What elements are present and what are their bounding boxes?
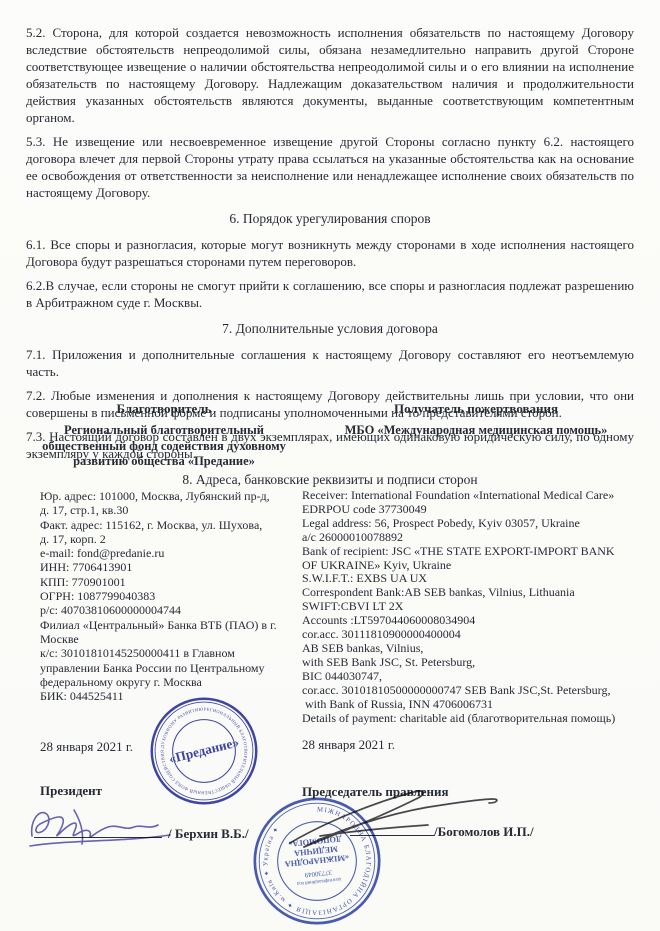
detail-line: ОГРН: 1087799040383 — [40, 589, 302, 603]
recipient-requisites: Receiver: International Foundation «Inte… — [302, 489, 650, 725]
detail-line: Москве — [40, 632, 302, 646]
benefactor-org-name: Региональный благотворительный обществен… — [26, 423, 302, 485]
detail-line: Bank of recipient: JSC «THE STATE EXPORT… — [302, 545, 650, 559]
detail-line: cor.acc. 30101810500000000747 SEB Bank J… — [302, 684, 650, 698]
recipient-signer-title: Председатель правления — [302, 784, 650, 800]
paragraph-7-1: 7.1. Приложения и дополнительные соглаше… — [26, 346, 634, 380]
detail-line: e-mail: fond@predanie.ru — [40, 546, 302, 560]
svg-text:«МІЖНАРОДНА: «МІЖНАРОДНА — [284, 853, 349, 869]
detail-line: Филиал «Центральный» Банка ВТБ (ПАО) в г… — [40, 618, 302, 632]
detail-line: Correspondent Bank:AB SEB bankas, Vilniu… — [302, 586, 650, 600]
detail-line: Факт. адрес: 115162, г. Москва, ул. Шухо… — [40, 518, 302, 532]
detail-line: EDRPOU code 37730049 — [302, 503, 650, 517]
detail-line: AB SEB bankas, Vilnius, — [302, 642, 650, 656]
detail-line: with SEB Bank JSC, St. Petersburg, — [302, 656, 650, 670]
detail-line: SWIFT:CBVI LT 2X — [302, 600, 650, 614]
detail-line: д. 17, корп. 2 — [40, 532, 302, 546]
benefactor-signature-row: / Берхин В.Б./ — [34, 826, 302, 842]
recipient-signature-name: /Богомолов И.П./ — [434, 824, 534, 839]
detail-line: управлении Банка России по Центральному — [40, 661, 302, 675]
detail-line: БИК: 044525411 — [40, 689, 302, 703]
svg-text:37730049: 37730049 — [304, 868, 332, 878]
detail-line: BIC 044030747, — [302, 670, 650, 684]
party-role-benefactor: Благотворитель — [26, 401, 302, 417]
svg-text:МЕДИЧНА: МЕДИЧНА — [294, 844, 339, 858]
detail-line: Receiver: International Foundation «Inte… — [302, 489, 650, 503]
detail-line: a/c 26000010078892 — [302, 531, 650, 545]
benefactor-requisites: Юр. адрес: 101000, Москва, Лубянский пр-… — [40, 489, 302, 703]
detail-line: федеральному округу г. Москва — [40, 675, 302, 689]
detail-line: д. 17, стр.1, кв.30 — [40, 503, 302, 517]
benefactor-date: 28 января 2021 г. — [40, 739, 302, 755]
detail-line: Legal address: 56, Prospect Pobedy, Kyiv… — [302, 517, 650, 531]
party-role-recipient: Получатель пожертвования — [302, 401, 650, 417]
section-heading-6: 6. Порядок урегулирования споров — [26, 211, 634, 227]
detail-line: cor.acc. 30111810900000400004 — [302, 628, 650, 642]
parties-columns: Благотворитель Региональный благотворите… — [26, 401, 650, 842]
detail-line: OF UKRAINE» Kyiv, Ukraine — [302, 559, 650, 573]
paragraph-6-2: 6.2.В случае, если стороны не смогут при… — [26, 277, 634, 311]
detail-line: р/с: 40703810600000004744 — [40, 603, 302, 617]
detail-line: к/с: 30101810145250000411 в Главном — [40, 646, 302, 660]
signature-blank-line — [350, 824, 434, 836]
contract-document-page: 5.2. Сторона, для которой создается нево… — [0, 0, 660, 931]
paragraph-5-3: 5.3. Не извещение или несвоевременное из… — [26, 133, 634, 201]
detail-line: Accounts :LT597044060008034904 — [302, 614, 650, 628]
signature-blank-line — [34, 826, 162, 838]
recipient-date: 28 января 2021 г. — [302, 737, 650, 753]
section-heading-7: 7. Дополнительные условия договора — [26, 321, 634, 337]
svg-text:ідентифікаційний код: ідентифікаційний код — [296, 876, 341, 886]
recipient-signature-row: /Богомолов И.П./ — [350, 824, 650, 840]
paragraph-5-2: 5.2. Сторона, для которой создается нево… — [26, 24, 634, 126]
paragraph-6-1: 6.1. Все споры и разногласия, которые мо… — [26, 236, 634, 270]
detail-line: ИНН: 7706413901 — [40, 560, 302, 574]
benefactor-signer-title: Президент — [40, 783, 302, 799]
detail-line: КПП: 770901001 — [40, 575, 302, 589]
detail-line: Юр. адрес: 101000, Москва, Лубянский пр-… — [40, 489, 302, 503]
party-column-benefactor: Благотворитель Региональный благотворите… — [26, 401, 302, 842]
detail-line: Details of payment: charitable aid (благ… — [302, 712, 650, 726]
recipient-org-name: МБО «Международная медицинская помощь» — [302, 423, 650, 485]
detail-line: with Bank of Russia, INN 4706006731 — [302, 698, 650, 712]
detail-line: S.W.I.F.T.: EXBS UA UX — [302, 572, 650, 586]
party-column-recipient: Получатель пожертвования МБО «Международ… — [302, 401, 650, 842]
benefactor-signature-name: / Берхин В.Б./ — [168, 826, 249, 841]
